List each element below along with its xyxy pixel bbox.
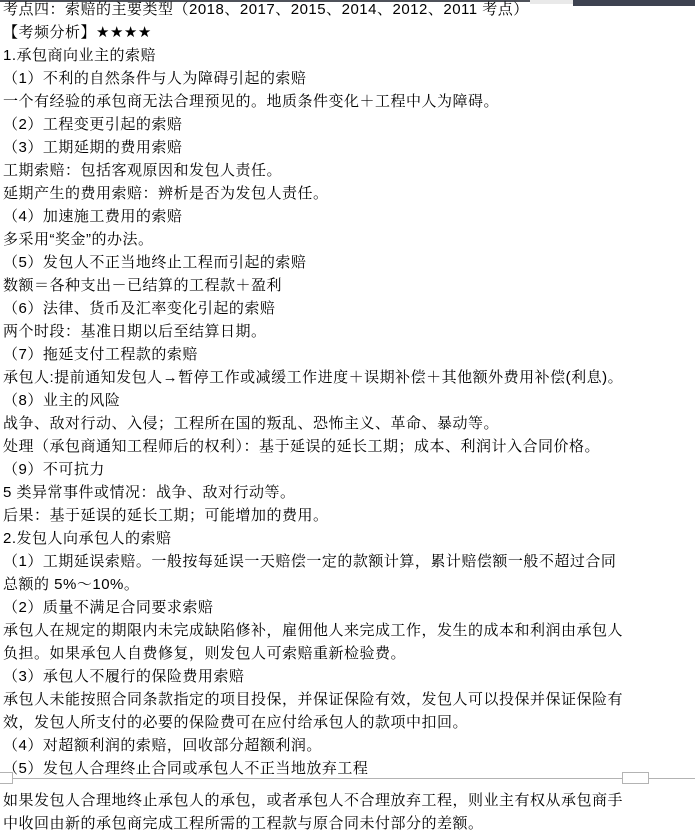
text-line: 负担。如果承包人自费修复，则发包人可索赔重新检验费。 (3, 642, 693, 665)
text-line: 多采用“奖金”的办法。 (3, 228, 693, 251)
text-line: 承包人在规定的期限内未完成缺陷修补，雇佣他人来完成工作，发生的成本和利润由承包人 (3, 619, 693, 642)
text-line: 如果发包人合理地终止承包人的承包，或者承包人不合理放弃工程，则业主有权从承包商手 (3, 789, 693, 812)
document-window: 考点四：索赔的主要类型（2018、2017、2015、2014、2012、201… (0, 0, 695, 832)
text-line: （3）工期延期的费用索赔 (3, 136, 693, 159)
page-break-divider[interactable] (0, 778, 695, 779)
text-line: 数额＝各种支出－已结算的工程款＋盈利 (3, 274, 693, 297)
page-margin-mark-left (0, 772, 13, 784)
document-text-area-page1[interactable]: 考点四：索赔的主要类型（2018、2017、2015、2014、2012、201… (3, 0, 693, 780)
text-line: （1）工期延误索赔。一般按每延误一天赔偿一定的款额计算，累计赔偿额一般不超过合同 (3, 550, 693, 573)
text-line: 处理（承包商通知工程师后的权利）：基于延误的延长工期；成本、利润计入合同价格。 (3, 435, 693, 458)
text-line: （7）拖延支付工程款的索赔 (3, 343, 693, 366)
text-line: （4）加速施工费用的索赔 (3, 205, 693, 228)
text-line: 延期产生的费用索赔：辨析是否为发包人责任。 (3, 182, 693, 205)
text-line: 中收回由新的承包商完成工程所需的工程款与原合同未付部分的差额。 (3, 812, 693, 832)
text-line: （3）承包人不履行的保险费用索赔 (3, 665, 693, 688)
text-line: 2.发包人向承包人的索赔 (3, 527, 693, 550)
text-line: 两个时段：基准日期以后至结算日期。 (3, 320, 693, 343)
text-line: （2）工程变更引起的索赔 (3, 113, 693, 136)
text-line: 后果：基于延误的延长工期；可能增加的费用。 (3, 504, 693, 527)
text-line: （9）不可抗力 (3, 458, 693, 481)
document-text-area-page2[interactable]: 如果发包人合理地终止承包人的承包，或者承包人不合理放弃工程，则业主有权从承包商手… (3, 789, 693, 832)
text-line: （1）不利的自然条件与人为障碍引起的索赔 (3, 67, 693, 90)
text-line: （2）质量不满足合同要求索赔 (3, 596, 693, 619)
text-line: 总额的 5%～10%。 (3, 573, 693, 596)
page-margin-mark-right (622, 772, 649, 784)
text-line: 【考频分析】★★★★ (3, 21, 693, 44)
text-line: （5）发包人合理终止合同或承包人不正当地放弃工程 (3, 757, 693, 780)
text-line: 5 类异常事件或情况：战争、敌对行动等。 (3, 481, 693, 504)
text-line: （6）法律、货币及汇率变化引起的索赔 (3, 297, 693, 320)
text-line: 承包人:提前通知发包人→暂停工作或减缓工作进度＋误期补偿＋其他额外费用补偿(利息… (3, 366, 693, 389)
text-line: 考点四：索赔的主要类型（2018、2017、2015、2014、2012、201… (3, 0, 693, 21)
text-line: 效，发包人所支付的必要的保险费可在应付给承包人的款项中扣回。 (3, 711, 693, 734)
text-line: 1.承包商向业主的索赔 (3, 44, 693, 67)
text-line: 承包人未能按照合同条款指定的项目投保，并保证保险有效，发包人可以投保并保证保险有 (3, 688, 693, 711)
text-line: （4）对超额利润的索赔，回收部分超额利润。 (3, 734, 693, 757)
text-line: 一个有经验的承包商无法合理预见的。地质条件变化＋工程中人为障碍。 (3, 90, 693, 113)
text-line: （8）业主的风险 (3, 389, 693, 412)
text-line: （5）发包人不正当地终止工程而引起的索赔 (3, 251, 693, 274)
text-line: 工期索赔：包括客观原因和发包人责任。 (3, 159, 693, 182)
text-line: 战争、敌对行动、入侵；工程所在国的叛乱、恐怖主义、革命、暴动等。 (3, 412, 693, 435)
